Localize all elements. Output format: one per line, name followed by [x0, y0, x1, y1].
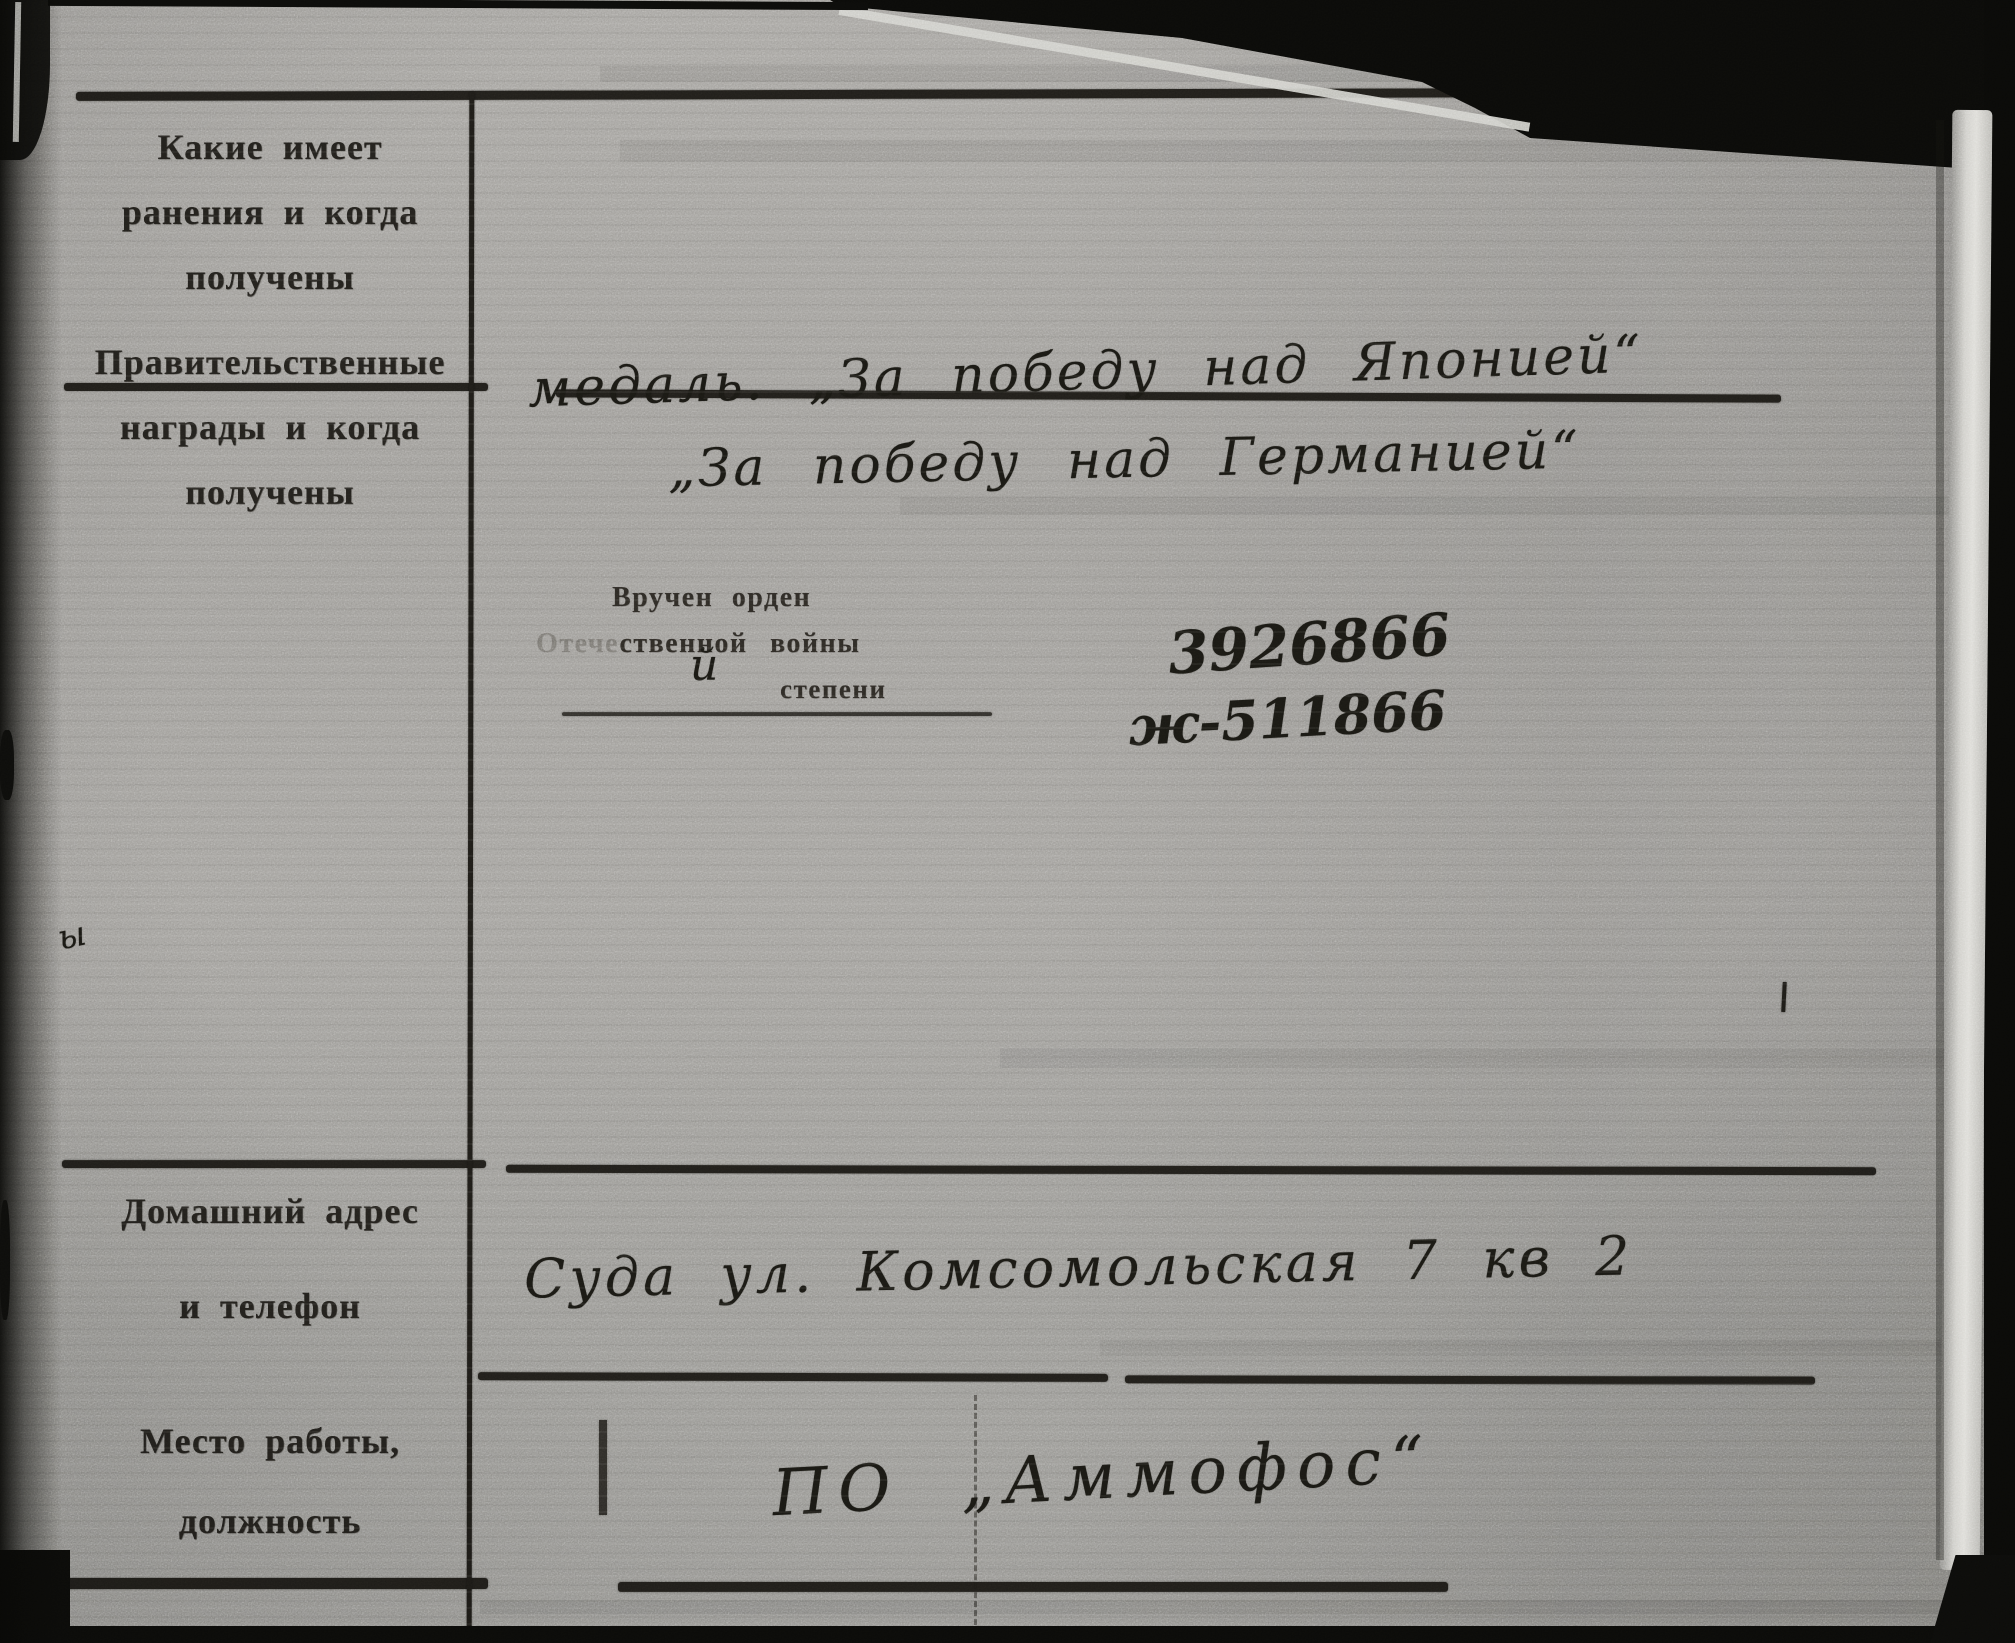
label-wounds-line1: Какие имеет — [70, 126, 470, 168]
paper-shading — [0, 0, 2015, 1643]
stamp-degree-handwritten: й — [690, 640, 718, 691]
document-scan: Какие имеет ранения и когда получены Пра… — [0, 0, 2015, 1643]
label-awards-line2: награды и когда — [70, 406, 470, 448]
label-work-line2: должность — [70, 1500, 470, 1542]
label-wounds-line2: ранения и когда — [70, 191, 470, 233]
stamp-line2-faded: Отече — [536, 628, 619, 659]
stamp-line3: степени — [780, 674, 886, 705]
table-line-bottom-right — [618, 1582, 1448, 1592]
table-line-row1-left — [64, 383, 488, 391]
label-work-line1: Место работы, — [70, 1420, 470, 1462]
stamp-line2-rest: ственной войны — [619, 628, 860, 659]
table-line-row4-right-b — [1125, 1375, 1815, 1384]
table-line-bottom-left — [60, 1578, 488, 1589]
label-awards-line1: Правительственные — [70, 341, 470, 383]
table-line-row4-right-a — [478, 1372, 1108, 1382]
line-artifact — [599, 1420, 607, 1515]
stamp-line1: Вручен орден — [612, 582, 811, 614]
label-address-line2: и телефон — [70, 1285, 470, 1327]
stamp-underline — [562, 712, 992, 716]
table-line-row3-left — [62, 1160, 486, 1168]
paper-sheet: Какие имеет ранения и когда получены Пра… — [0, 0, 2015, 1643]
label-awards-line3: получены — [70, 471, 470, 513]
label-address-line1: Домашний адрес — [70, 1190, 470, 1232]
label-wounds-line3: получены — [70, 256, 470, 298]
